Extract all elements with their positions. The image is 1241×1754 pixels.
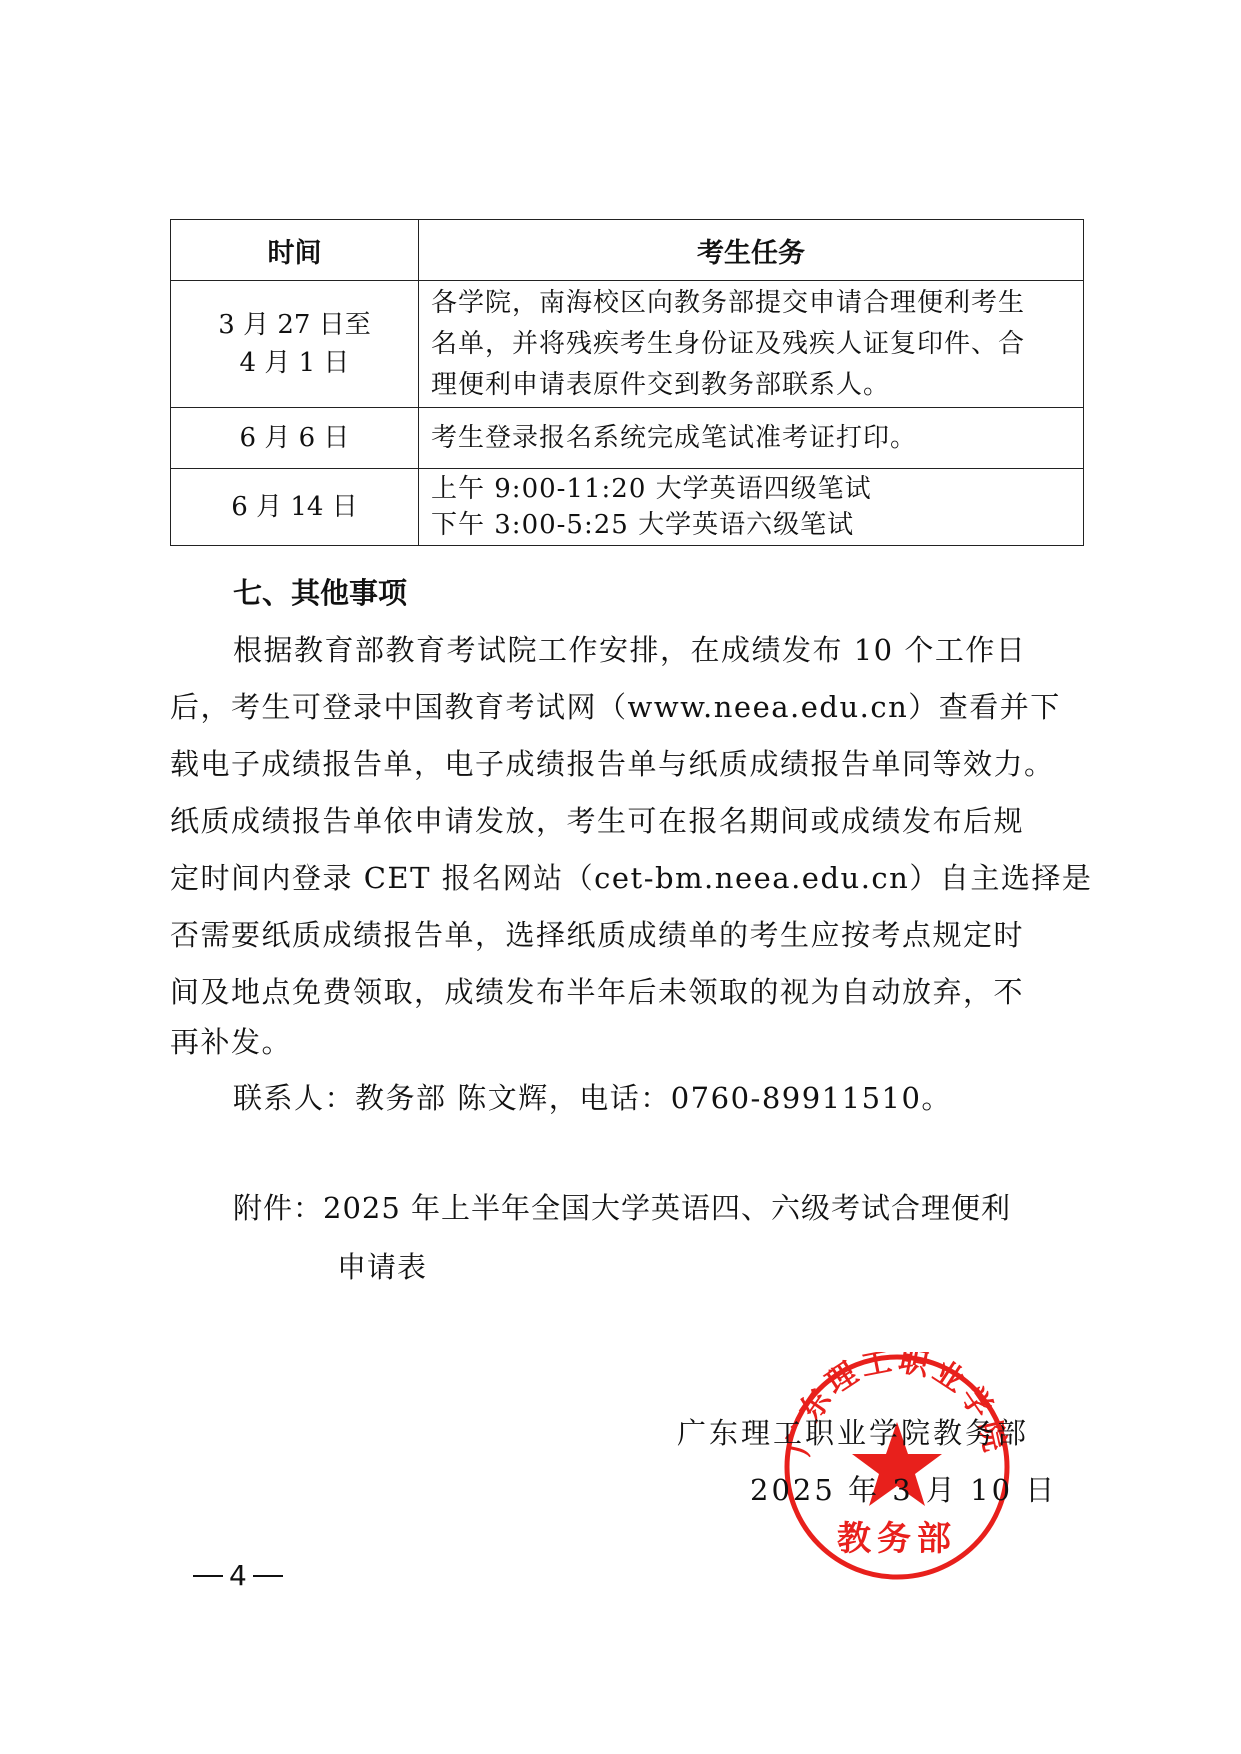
task-line: 理便利申请表原件交到教务部联系人。 — [431, 365, 1077, 406]
section-heading: 七、其他事项 — [233, 572, 407, 614]
table-row: 3 月 27 日至 4 月 1 日 各学院，南海校区向教务部提交申请合理便利考生… — [171, 281, 1084, 408]
svg-text:教务部: 教务部 — [837, 1519, 957, 1559]
time-line: 3 月 27 日至 — [171, 306, 418, 344]
paragraph-line: 否需要纸质成绩报告单，选择纸质成绩单的考生应按考点规定时 — [170, 915, 1024, 955]
signature-organization: 广东理工职业学院教务部 — [677, 1413, 1029, 1453]
task-cell: 考生登录报名系统完成笔试准考证打印。 — [419, 408, 1084, 469]
signature-date: 2025 年 3 月 10 日 — [750, 1470, 1057, 1510]
paragraph-line: 定时间内登录 CET 报名网站（cet-bm.neea.edu.cn）自主选择是 — [170, 858, 1092, 898]
table-row: 6 月 6 日 考生登录报名系统完成笔试准考证打印。 — [171, 408, 1084, 469]
table-row: 6 月 14 日 上午 9:00-11:20 大学英语四级笔试 下午 3:00-… — [171, 469, 1084, 546]
column-header-time: 时间 — [171, 220, 419, 281]
dash-right — [253, 1575, 283, 1577]
time-cell: 6 月 6 日 — [171, 408, 419, 469]
attachment-continuation: 申请表 — [337, 1247, 427, 1287]
document-page: 时间 考生任务 3 月 27 日至 4 月 1 日 各学院，南海校区向教务部提交… — [0, 0, 1241, 1754]
paragraph-line: 间及地点免费领取，成绩发布半年后未领取的视为自动放弃，不 — [170, 972, 1024, 1012]
task-line: 各学院，南海校区向教务部提交申请合理便利考生 — [431, 283, 1077, 324]
task-line: 上午 9:00-11:20 大学英语四级笔试 — [431, 471, 1077, 507]
task-cell: 上午 9:00-11:20 大学英语四级笔试 下午 3:00-5:25 大学英语… — [419, 469, 1084, 546]
task-line: 下午 3:00-5:25 大学英语六级笔试 — [431, 507, 1077, 543]
column-header-task: 考生任务 — [419, 220, 1084, 281]
time-line: 4 月 1 日 — [171, 344, 418, 382]
page-number-value: 4 — [229, 1558, 247, 1594]
page-number: 4 — [193, 1558, 283, 1594]
time-line: 6 月 14 日 — [171, 488, 418, 526]
time-cell: 3 月 27 日至 4 月 1 日 — [171, 281, 419, 408]
time-line: 6 月 6 日 — [171, 419, 418, 457]
schedule-table: 时间 考生任务 3 月 27 日至 4 月 1 日 各学院，南海校区向教务部提交… — [170, 219, 1084, 546]
paragraph-line: 载电子成绩报告单，电子成绩报告单与纸质成绩报告单同等效力。 — [170, 744, 1055, 784]
official-seal-icon: 广东理工职业学院 教务部 — [782, 1352, 1012, 1582]
task-line: 考生登录报名系统完成笔试准考证打印。 — [431, 418, 1077, 459]
task-line: 名单，并将残疾考生身份证及残疾人证复印件、合 — [431, 324, 1077, 365]
attachment-line: 附件：2025 年上半年全国大学英语四、六级考试合理便利 — [233, 1188, 1011, 1228]
paragraph-line: 后，考生可登录中国教育考试网（www.neea.edu.cn）查看并下 — [170, 687, 1061, 727]
paragraph-line: 根据教育部教育考试院工作安排，在成绩发布 10 个工作日 — [233, 630, 1026, 670]
paragraph-line: 纸质成绩报告单依申请发放，考生可在报名期间或成绩发布后规 — [170, 801, 1024, 841]
table-header-row: 时间 考生任务 — [171, 220, 1084, 281]
contact-line: 联系人：教务部 陈文辉，电话：0760-89911510。 — [233, 1078, 952, 1118]
time-cell: 6 月 14 日 — [171, 469, 419, 546]
paragraph-line: 再补发。 — [170, 1022, 292, 1062]
task-cell: 各学院，南海校区向教务部提交申请合理便利考生 名单，并将残疾考生身份证及残疾人证… — [419, 281, 1084, 408]
dash-left — [193, 1575, 223, 1577]
